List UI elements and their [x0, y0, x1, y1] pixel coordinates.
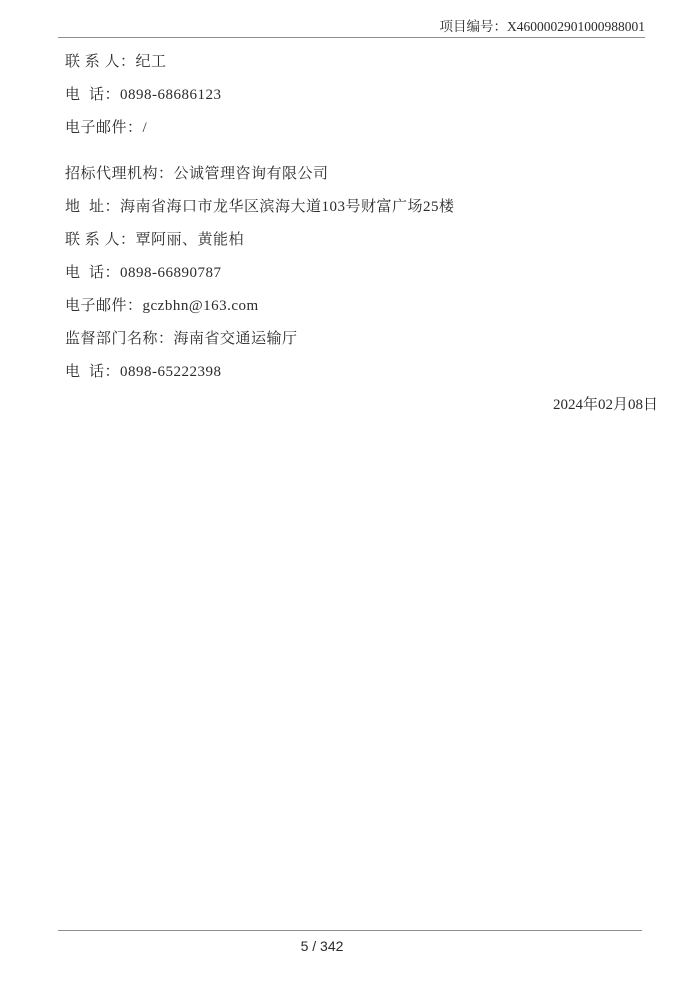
supervisor-phone-line: 电 话：0898-65222398	[65, 356, 658, 389]
purchaser-email-line: 电子邮件：/	[65, 112, 658, 145]
supervisor-name-line: 监督部门名称：海南省交通运输厅	[65, 323, 658, 356]
document-date: 2024年02月08日	[65, 389, 658, 422]
agency-phone-line: 电 话：0898-66890787	[65, 257, 658, 290]
project-number-value: X4600002901000988001	[507, 19, 645, 34]
page-number-indicator: 5 / 342	[0, 937, 644, 955]
header-divider	[58, 37, 645, 38]
project-number-label: 项目编号：	[440, 19, 508, 34]
agency-email-line: 电子邮件：gczbhn@163.com	[65, 290, 658, 323]
purchaser-phone-line: 电 话：0898-68686123	[65, 79, 658, 112]
footer-divider	[58, 930, 642, 931]
page-header: 项目编号：X4600002901000988001	[440, 19, 646, 35]
agency-name-line: 招标代理机构：公诚管理咨询有限公司	[65, 158, 658, 191]
document-body: 联 系 人：纪工 电 话：0898-68686123 电子邮件：/ 招标代理机构…	[65, 46, 658, 422]
agency-address-line: 地 址：海南省海口市龙华区滨海大道103号财富广场25楼	[65, 191, 658, 224]
agency-contact-line: 联 系 人：覃阿丽、黄能柏	[65, 224, 658, 257]
document-page: 项目编号：X4600002901000988001 联 系 人：纪工 电 话：0…	[0, 0, 700, 990]
purchaser-contact-line: 联 系 人：纪工	[65, 46, 658, 79]
